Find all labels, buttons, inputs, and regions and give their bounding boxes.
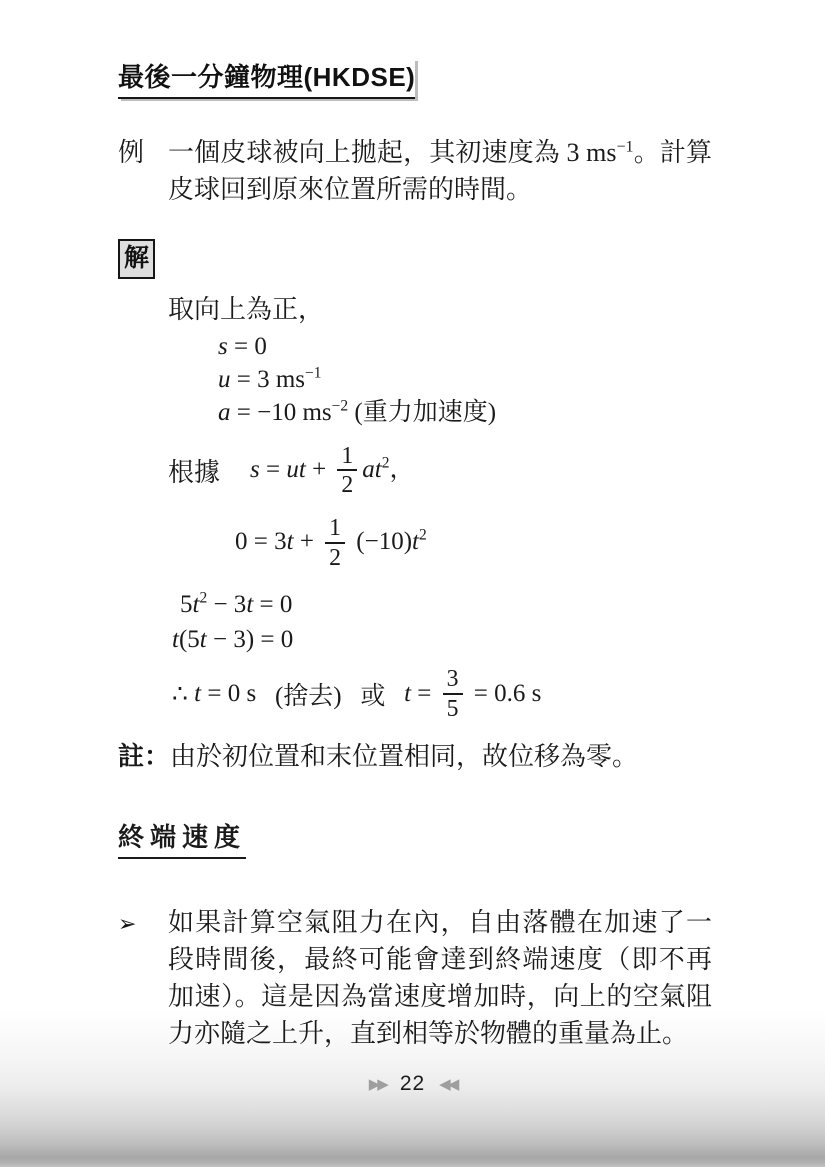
factored-equation: t(5t − 3) = 0 [172,624,712,657]
therefore-symbol: ∴ [172,679,194,709]
previous-page-icon[interactable]: ◀◀ [437,1075,458,1093]
var-ut: ut [286,456,305,483]
var-u: u [218,366,231,393]
squared-superscript: 2 [419,527,427,544]
solution-box-label: 解 [118,239,155,279]
example-text: 一個皮球被向上拋起，其初速度為 3 ms−1。計算皮球回到原來位置所需的時間。 [168,135,712,209]
given-values: s = 0 u = 3 ms−1 a = −10 ms−2 (重力加速度) [218,330,712,429]
var-t: t [200,626,207,653]
note-line: 註：由於初位置和末位置相同，故位移為零。 [118,736,712,773]
plus-sign: + [294,528,321,555]
solution-intro: 取向上為正， [168,289,712,326]
result-value: = 0.6 s [468,680,542,708]
eq4-open: (5 [179,626,200,653]
var-a: a [218,399,231,426]
fraction-three-fifths: 35 [443,666,463,722]
equals-sign: = [411,680,438,708]
page-number: 22 [400,1072,425,1096]
var-t: t [287,528,294,555]
fraction-denominator: 2 [337,469,357,499]
given-a: a = −10 ms−2 (重力加速度) [218,396,712,429]
page-title: 最後一分鐘物理(HKDSE) [118,57,415,97]
note-text: 由於初位置和末位置相同，故位移為零。 [170,742,638,771]
according-label: 根據 [168,452,220,489]
quadratic-equation: 5t2 − 3t = 0 [180,589,712,622]
var-t: t [172,626,179,653]
eq2-mid: (−10) [350,528,412,555]
fraction-denominator: 2 [325,542,345,572]
var-t: t [412,528,419,555]
given-s-value: = 0 [228,333,267,360]
eq2-pre: 0 = 3 [235,528,287,555]
given-a-superscript: −2 [332,397,349,414]
given-u-superscript: −1 [305,364,322,381]
fraction-denominator: 5 [443,693,463,723]
given-u-value: = 3 ms [231,366,306,393]
example-text-superscript: −1 [616,138,633,155]
fraction-numerator: 3 [443,666,463,693]
arrowhead-bullet-icon: ➢ [118,905,168,1053]
note-label: 註： [118,742,170,771]
formula-line: 根據 s = ut + 12at2， [168,443,712,499]
result-rejected-or: (捨去) 或 [256,676,404,712]
squared-superscript: 2 [382,454,390,471]
fraction-one-half: 12 [325,515,345,571]
result-line: ∴ t = 0 s (捨去) 或 t = 35 = 0.6 s [172,666,712,722]
terminal-velocity-text: 如果計算空氣阻力在內，自由落體在加速了一段時間後，最終可能會達到終端速度（即不再… [168,905,712,1053]
substituted-equation: 0 = 3t + 12 (−10)t2 [235,515,712,571]
fraction-numerator: 1 [325,515,345,542]
var-s: s [218,333,228,360]
example-block: 例 一個皮球被向上拋起，其初速度為 3 ms−1。計算皮球回到原來位置所需的時間… [118,135,712,209]
example-label: 例 [118,135,168,209]
terminal-velocity-bullet: ➢ 如果計算空氣阻力在內，自由落體在加速了一段時間後，最終可能會達到終端速度（即… [118,905,712,1053]
given-a-note: (重力加速度) [348,399,496,426]
result-zero: = 0 s [201,680,256,708]
comma: ， [390,456,415,483]
next-page-icon[interactable]: ▶▶ [367,1075,388,1093]
given-s: s = 0 [218,330,712,363]
section-heading-terminal-velocity: 終端速度 [118,817,246,859]
given-a-value: = −10 ms [231,399,332,426]
page-content: 最後一分鐘物理(HKDSE) 例 一個皮球被向上拋起，其初速度為 3 ms−1。… [0,0,825,1053]
formula-equation: s = ut + 12at2， [250,443,415,499]
example-text-pre: 一個皮球被向上拋起，其初速度為 3 ms [168,138,616,167]
eq3-end: = 0 [253,591,292,618]
var-s: s [250,456,260,483]
fraction-numerator: 1 [337,443,357,470]
eq3-pre: 5 [180,591,193,618]
plus-sign: + [306,456,333,483]
fraction-one-half: 12 [337,443,357,499]
eq4-close: − 3) = 0 [207,626,294,653]
page-navigation: ▶▶ 22 ◀◀ [0,1072,825,1096]
given-u: u = 3 ms−1 [218,363,712,396]
document-page: 最後一分鐘物理(HKDSE) 例 一個皮球被向上拋起，其初速度為 3 ms−1。… [0,0,825,1167]
var-at: at [362,456,381,483]
var-t: t [194,680,201,708]
equals-sign: = [260,456,287,483]
eq3-mid: − 3 [207,591,246,618]
var-t: t [404,680,411,708]
